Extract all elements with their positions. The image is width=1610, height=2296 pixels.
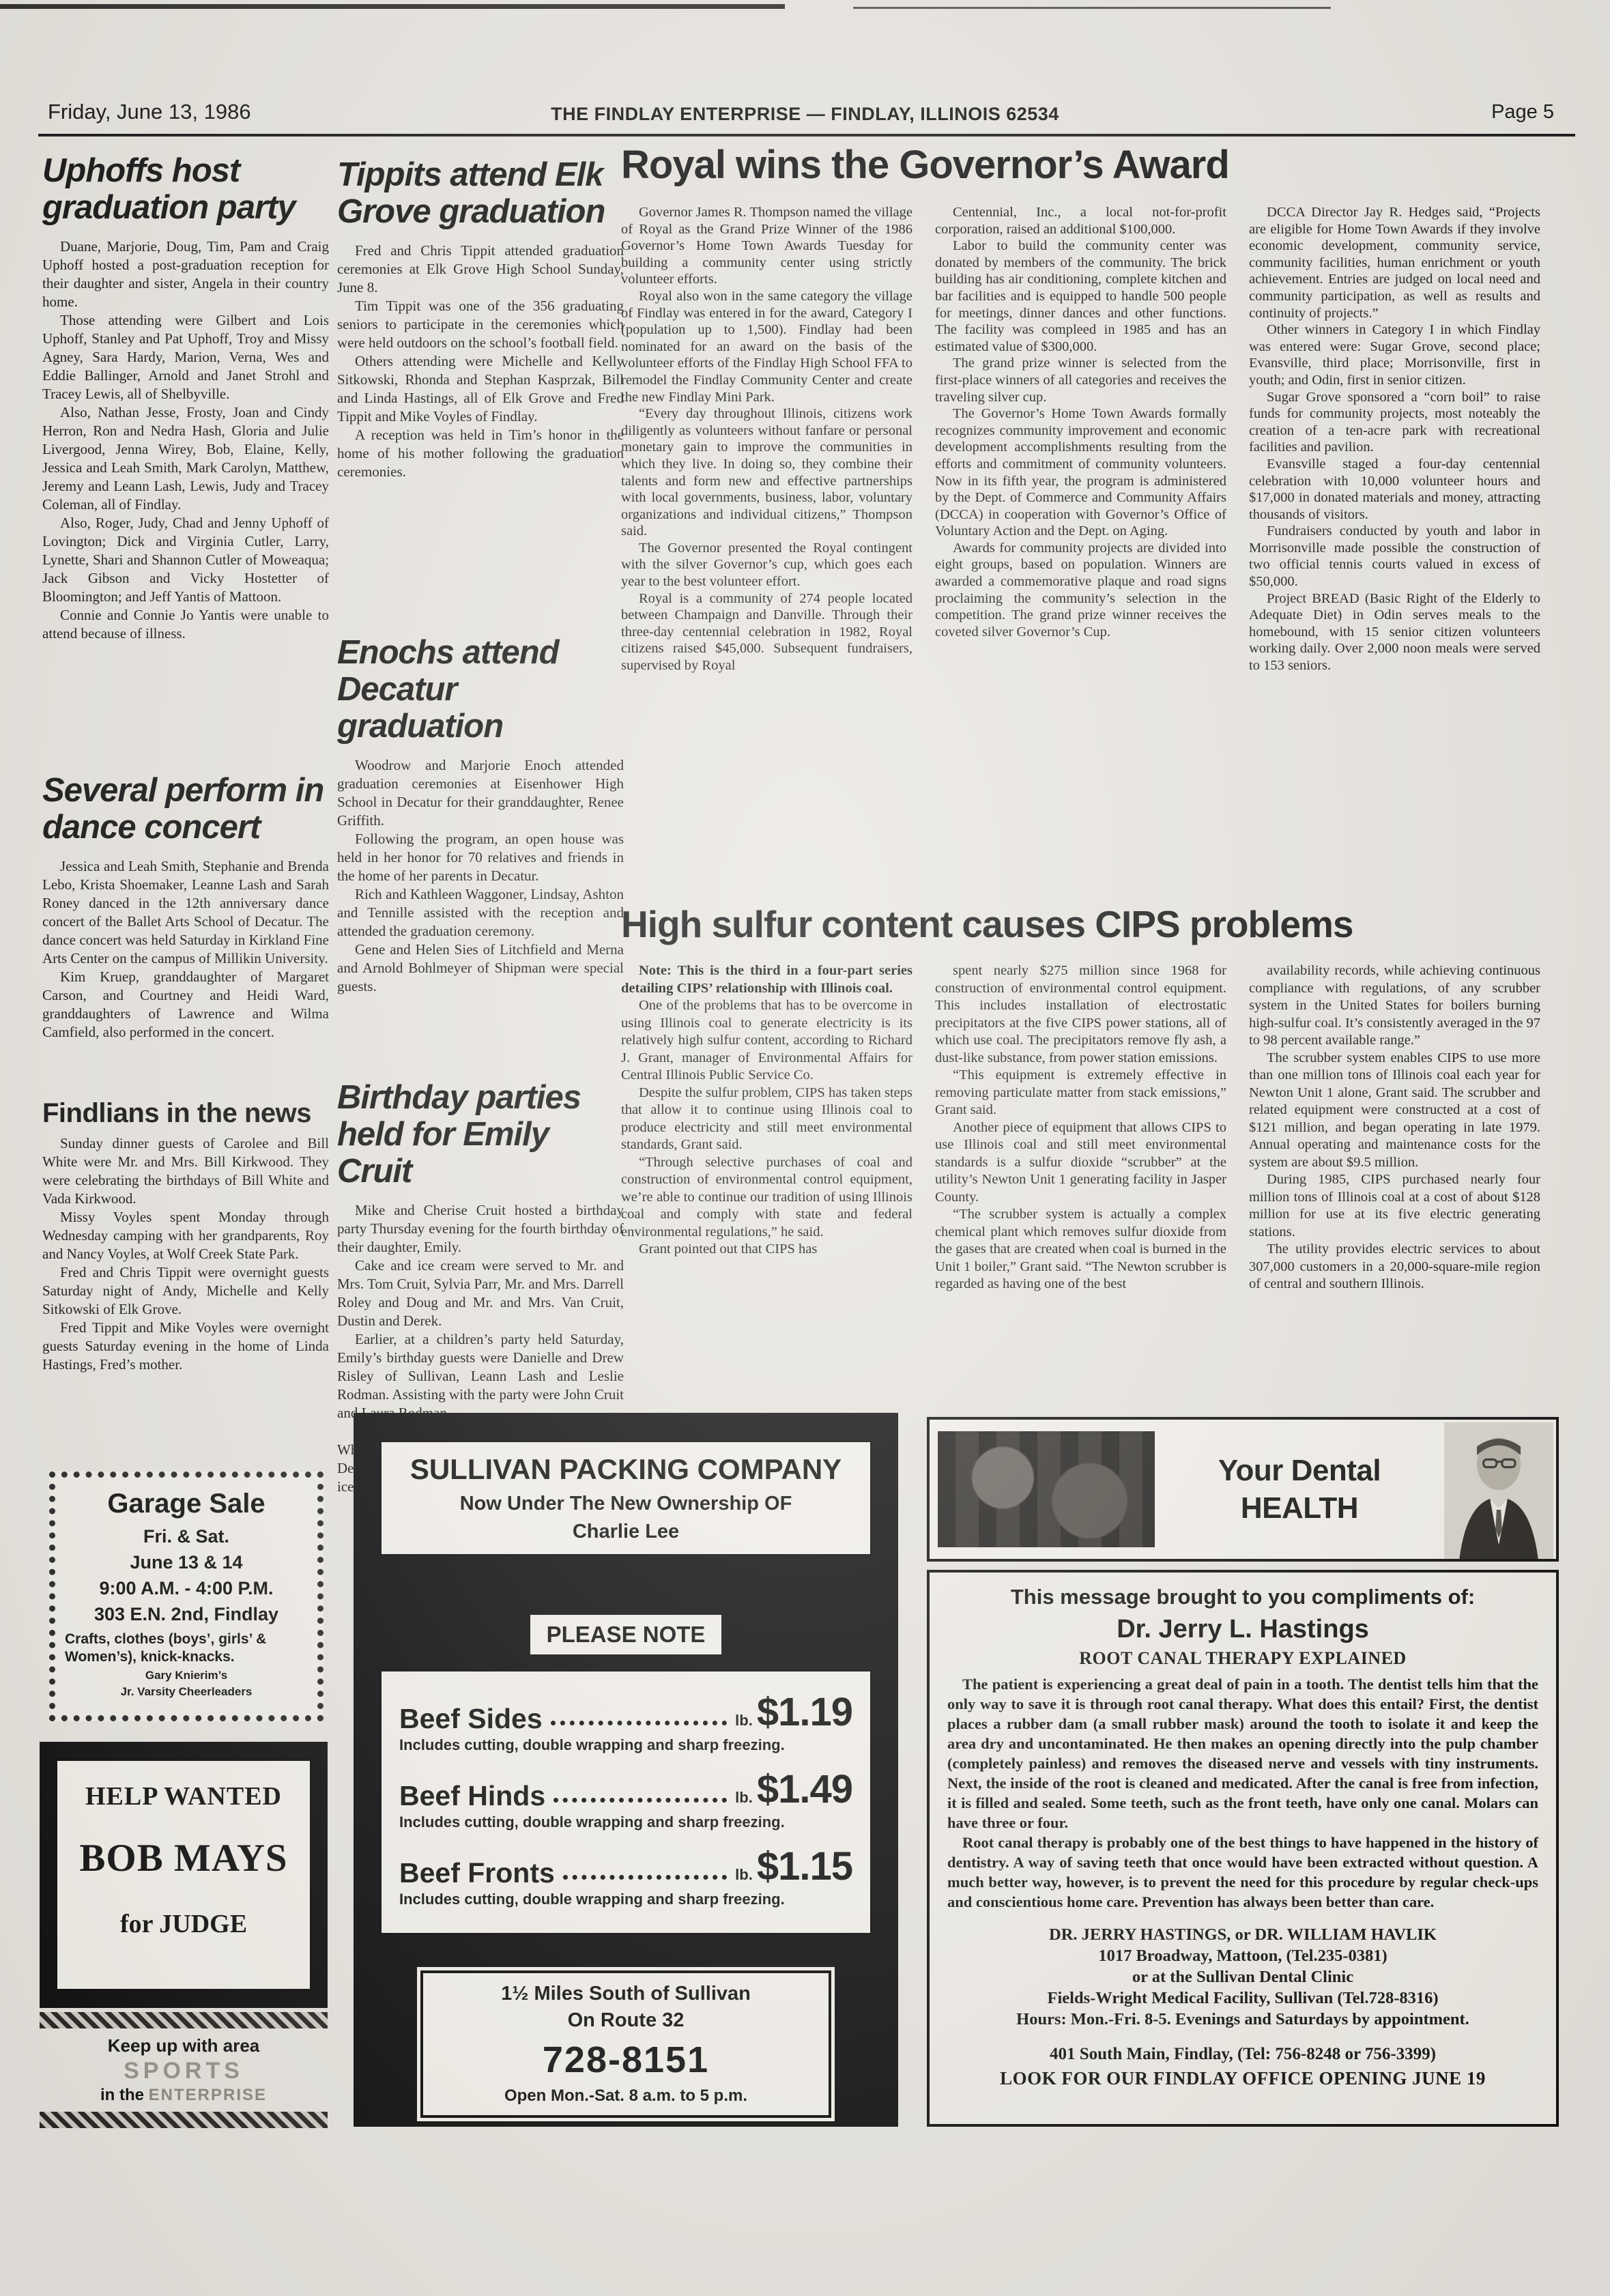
- paragraph: “This equipment is extremely effective i…: [935, 1067, 1226, 1119]
- paragraph: spent nearly $275 million since 1968 for…: [935, 962, 1226, 1067]
- item-price: $1.15: [757, 1843, 852, 1889]
- contact-line: or at the Sullivan Dental Clinic: [947, 1966, 1538, 1988]
- ad-sullivan-packing: SULLIVAN PACKING COMPANY Now Under The N…: [354, 1413, 898, 2127]
- article-dance-concert: Several perform in dance concert Jessica…: [42, 773, 329, 1042]
- article-body: Fred and Chris Tippit attended graduatio…: [337, 242, 624, 481]
- article-headline: Uphoffs host graduation party: [42, 153, 329, 227]
- contact-line: DR. JERRY HASTINGS, or DR. WILLIAM HAVLI…: [947, 1924, 1538, 1945]
- paragraph: Evansville staged a four-day centennial …: [1249, 456, 1540, 523]
- paragraph: Following the program, an open house was…: [337, 830, 624, 885]
- paragraph: The Governor presented the Royal conting…: [621, 540, 912, 590]
- paragraph: Others attending were Michelle and Kelly…: [337, 352, 624, 426]
- please-note-label: PLEASE NOTE: [530, 1615, 721, 1654]
- contact-line: 1017 Broadway, Mattoon, (Tel.235-0381): [947, 1945, 1538, 1966]
- office-label: for JUDGE: [57, 1909, 310, 1939]
- garage-sale-sponsor: Jr. Varsity Cheerleaders: [62, 1685, 311, 1699]
- dental-contact-block: DR. JERRY HASTINGS, or DR. WILLIAM HAVLI…: [947, 1924, 1538, 2030]
- paragraph: Connie and Connie Jo Yantis were unable …: [42, 606, 329, 643]
- paragraph: Tim Tippit was one of the 356 graduating…: [337, 297, 624, 352]
- paragraph: Rich and Kathleen Waggoner, Lindsay, Ash…: [337, 885, 624, 941]
- cips-col-2: spent nearly $275 million since 1968 for…: [935, 962, 1226, 1293]
- dot-leader: [563, 1875, 727, 1880]
- paragraph: Woodrow and Marjorie Enoch attended grad…: [337, 756, 624, 830]
- doctor-name: Dr. Jerry L. Hastings: [947, 1615, 1538, 1644]
- topic-title: ROOT CANAL THERAPY EXPLAINED: [947, 1648, 1538, 1669]
- paragraph: Jessica and Leah Smith, Stephanie and Br…: [42, 857, 329, 968]
- article-enochs: Enochs attend Decatur graduation Woodrow…: [337, 635, 624, 996]
- garage-sale-sponsor: Gary Knierim’s: [62, 1669, 311, 1682]
- paragraph: Another piece of equipment that allows C…: [935, 1119, 1226, 1207]
- royal-col-1: Governor James R. Thompson named the vil…: [621, 204, 912, 674]
- price-row: Beef Sides lb. $1.19: [399, 1689, 852, 1735]
- item-price: $1.19: [757, 1689, 852, 1735]
- help-wanted-label: HELP WANTED: [57, 1781, 310, 1811]
- contact-line: Fields-Wright Medical Facility, Sullivan…: [947, 1988, 1538, 2009]
- paragraph: Duane, Marjorie, Doug, Tim, Pam and Crai…: [42, 238, 329, 311]
- price-note: Includes cutting, double wrapping and sh…: [399, 1813, 852, 1831]
- promo-line: in the ENTERPRISE: [40, 2086, 328, 2105]
- dental-title: Your Dental HEALTH: [1155, 1452, 1444, 1527]
- dental-paragraph: The patient is experiencing a great deal…: [947, 1674, 1538, 1833]
- item-price: $1.49: [757, 1766, 852, 1812]
- paragraph: Grant pointed out that CIPS has: [621, 1241, 912, 1259]
- article-findlians: Findlians in the news Sunday dinner gues…: [42, 1099, 329, 1374]
- garage-sale-address: 303 E.N. 2nd, Findlay: [62, 1604, 311, 1625]
- paragraph: Those attending were Gilbert and Lois Up…: [42, 311, 329, 403]
- paragraph: Fred Tippit and Mike Voyles were overnig…: [42, 1319, 329, 1374]
- unit-label: lb.: [735, 1712, 753, 1730]
- dot-leader: [551, 1721, 728, 1725]
- garage-sale-title: Garage Sale: [62, 1489, 311, 1519]
- checker-ribbon: [40, 2012, 328, 2028]
- location-line: 1½ Miles South of Sullivan: [427, 1983, 824, 2005]
- scan-artifact: [853, 7, 1331, 9]
- findlay-opening-line: LOOK FOR OUR FINDLAY OFFICE OPENING JUNE…: [947, 2068, 1538, 2089]
- paragraph: availability records, while achieving co…: [1249, 962, 1540, 1050]
- royal-col-3: DCCA Director Jay R. Hedges said, “Proje…: [1249, 204, 1540, 674]
- hours-line: Open Mon.-Sat. 8 a.m. to 5 p.m.: [427, 2086, 824, 2106]
- dental-title-line2: HEALTH: [1155, 1489, 1444, 1527]
- garage-sale-dates: June 13 & 14: [62, 1552, 311, 1573]
- article-columns: Governor James R. Thompson named the vil…: [621, 204, 1541, 674]
- paragraph: Fred and Chris Tippit attended graduatio…: [337, 242, 624, 297]
- article-body: Sunday dinner guests of Carolee and Bill…: [42, 1134, 329, 1374]
- item-name: Beef Hinds: [399, 1780, 545, 1812]
- article-body: Woodrow and Marjorie Enoch attended grad…: [337, 756, 624, 996]
- price-panel: Beef Sides lb. $1.19 Includes cutting, d…: [379, 1669, 872, 1935]
- paragraph: The scrubber system enables CIPS to use …: [1249, 1050, 1540, 1172]
- article-headline: Several perform in dance concert: [42, 773, 329, 846]
- unit-label: lb.: [735, 1789, 753, 1807]
- article-headline: Findlians in the news: [42, 1099, 329, 1128]
- paragraph: Governor James R. Thompson named the vil…: [621, 204, 912, 288]
- cips-col-1: Note: This is the third in a four-part s…: [621, 962, 912, 1293]
- price-row: Beef Hinds lb. $1.49: [399, 1766, 852, 1812]
- masthead: THE FINDLAY ENTERPRISE — FINDLAY, ILLINO…: [0, 104, 1610, 125]
- paragraph: The grand prize winner is selected from …: [935, 355, 1226, 405]
- ad-garage-sale: Garage Sale Fri. & Sat. June 13 & 14 9:0…: [49, 1472, 324, 1721]
- ad-dental-banner: Your Dental HEALTH: [927, 1417, 1559, 1562]
- article-body: Duane, Marjorie, Doug, Tim, Pam and Crai…: [42, 238, 329, 643]
- garage-sale-details: Crafts, clothes (boys’, girls’ & Women’s…: [65, 1631, 308, 1666]
- paragraph: Sugar Grove sponsored a “corn boil” to r…: [1249, 389, 1540, 456]
- header-rule: [38, 134, 1575, 137]
- owner-name: Charlie Lee: [387, 1521, 865, 1543]
- article-body: Jessica and Leah Smith, Stephanie and Br…: [42, 857, 329, 1042]
- promo-enterprise-word: ENTERPRISE: [149, 2086, 267, 2104]
- scan-artifact: [0, 4, 785, 9]
- article-headline: Enochs attend Decatur graduation: [337, 635, 624, 745]
- dental-article: The patient is experiencing a great deal…: [947, 1674, 1538, 1912]
- company-name: SULLIVAN PACKING COMPANY: [387, 1453, 865, 1486]
- article-tippits: Tippits attend Elk Grove graduation Fred…: [337, 157, 624, 481]
- paragraph: The utility provides electric services t…: [1249, 1241, 1540, 1293]
- dot-leader: [554, 1798, 727, 1803]
- paragraph: Project BREAD (Basic Right of the Elderl…: [1249, 590, 1540, 674]
- compliments-line: This message brought to you compliments …: [947, 1585, 1538, 1609]
- price-note: Includes cutting, double wrapping and sh…: [399, 1736, 852, 1754]
- paragraph: Royal is a community of 274 people locat…: [621, 590, 912, 674]
- sports-promo: Keep up with area SPORTS in the ENTERPRI…: [40, 2012, 328, 2128]
- item-name: Beef Sides: [399, 1703, 543, 1735]
- column-1: Uphoffs host graduation party Duane, Mar…: [42, 153, 329, 1470]
- paragraph: Royal also won in the same category the …: [621, 288, 912, 405]
- paragraph: Also, Roger, Judy, Chad and Jenny Uphoff…: [42, 514, 329, 606]
- dental-paragraph: Root canal therapy is probably one of th…: [947, 1833, 1538, 1912]
- paragraph: One of the problems that has to be overc…: [621, 997, 912, 1085]
- unit-label: lb.: [735, 1866, 753, 1884]
- paragraph: Fred and Chris Tippit were overnight gue…: [42, 1263, 329, 1319]
- page-number: Page 5: [1491, 101, 1554, 124]
- paragraph: Fundraisers conducted by youth and labor…: [1249, 523, 1540, 590]
- promo-line: Keep up with area: [40, 2035, 328, 2056]
- article-uphoffs: Uphoffs host graduation party Duane, Mar…: [42, 153, 329, 643]
- item-name: Beef Fronts: [399, 1857, 555, 1889]
- series-note: Note: This is the third in a four-part s…: [621, 962, 912, 997]
- paragraph: Gene and Helen Sies of Litchfield and Me…: [337, 941, 624, 996]
- sullivan-footer-panel: 1½ Miles South of Sullivan On Route 32 7…: [420, 1970, 831, 2118]
- paragraph: Also, Nathan Jesse, Frosty, Joan and Cin…: [42, 403, 329, 514]
- paragraph: “Through selective purchases of coal and…: [621, 1154, 912, 1242]
- ad-bob-mays: HELP WANTED BOB MAYS for JUDGE: [40, 1742, 328, 2008]
- price-row: Beef Fronts lb. $1.15: [399, 1843, 852, 1889]
- article-headline: Royal wins the Governor’s Award: [621, 142, 1541, 188]
- bob-mays-panel: HELP WANTED BOB MAYS for JUDGE: [55, 1758, 313, 1992]
- paragraph: Earlier, at a children’s party held Satu…: [337, 1330, 624, 1422]
- newspaper-page: Friday, June 13, 1986 THE FINDLAY ENTERP…: [0, 0, 1610, 2296]
- paragraph: Sunday dinner guests of Carolee and Bill…: [42, 1134, 329, 1208]
- paragraph: “The scrubber system is actually a compl…: [935, 1206, 1226, 1293]
- dentist-portrait: [1444, 1422, 1553, 1559]
- promo-prefix: in the: [100, 2086, 144, 2104]
- paragraph: Mike and Cherise Cruit hosted a birthday…: [337, 1201, 624, 1257]
- paragraph: DCCA Director Jay R. Hedges said, “Proje…: [1249, 204, 1540, 321]
- dental-photo: [938, 1431, 1155, 1547]
- column-2: Tippits attend Elk Grove graduation Fred…: [337, 157, 624, 1474]
- paragraph: Kim Kruep, granddaughter of Margaret Car…: [42, 968, 329, 1042]
- findlay-address-line: 401 South Main, Findlay, (Tel: 756-8248 …: [947, 2045, 1538, 2064]
- cips-col-1-body: One of the problems that has to be overc…: [621, 997, 912, 1259]
- paragraph: A reception was held in Tim’s honor in t…: [337, 426, 624, 481]
- price-note: Includes cutting, double wrapping and sh…: [399, 1891, 852, 1908]
- paragraph: Awards for community projects are divide…: [935, 540, 1226, 641]
- ownership-line: Now Under The New Ownership OF: [387, 1493, 865, 1515]
- royal-col-2: Centennial, Inc., a local not-for-profit…: [935, 204, 1226, 674]
- paragraph: Labor to build the community center was …: [935, 238, 1226, 355]
- article-royal-award: Royal wins the Governor’s Award Governor…: [621, 142, 1541, 674]
- paragraph: The Governor’s Home Town Awards formally…: [935, 405, 1226, 540]
- paragraph: During 1985, CIPS purchased nearly four …: [1249, 1171, 1540, 1241]
- dentist-portrait-icon: [1444, 1422, 1553, 1559]
- route-line: On Route 32: [427, 2009, 824, 2032]
- cips-col-3: availability records, while achieving co…: [1249, 962, 1540, 1293]
- sullivan-header-panel: SULLIVAN PACKING COMPANY Now Under The N…: [379, 1440, 872, 1556]
- candidate-name: BOB MAYS: [57, 1836, 310, 1880]
- phone-number: 728-8151: [427, 2039, 824, 2081]
- article-cips: High sulfur content causes CIPS problems…: [621, 902, 1541, 1293]
- paragraph: Despite the sulfur problem, CIPS has tak…: [621, 1085, 912, 1154]
- garage-sale-hours: 9:00 A.M. - 4:00 P.M.: [62, 1578, 311, 1599]
- paragraph: Cake and ice cream were served to Mr. an…: [337, 1257, 624, 1330]
- article-headline: High sulfur content causes CIPS problems: [621, 902, 1541, 946]
- paragraph: Missy Voyles spent Monday through Wednes…: [42, 1208, 329, 1263]
- article-columns: Note: This is the third in a four-part s…: [621, 962, 1541, 1293]
- article-headline: Birthday parties held for Emily Cruit: [337, 1080, 624, 1190]
- promo-sports-word: SPORTS: [40, 2058, 328, 2084]
- paragraph: “Every day throughout Illinois, citizens…: [621, 405, 912, 540]
- contact-line: Hours: Mon.-Fri. 8-5. Evenings and Satur…: [947, 2009, 1538, 2030]
- paragraph: Centennial, Inc., a local not-for-profit…: [935, 204, 1226, 238]
- article-headline: Tippits attend Elk Grove graduation: [337, 157, 624, 231]
- checker-ribbon: [40, 2112, 328, 2128]
- dental-title-line1: Your Dental: [1155, 1452, 1444, 1489]
- ad-dental-main: This message brought to you compliments …: [927, 1570, 1559, 2127]
- paragraph: Other winners in Category I in which Fin…: [1249, 321, 1540, 388]
- garage-sale-days: Fri. & Sat.: [62, 1526, 311, 1547]
